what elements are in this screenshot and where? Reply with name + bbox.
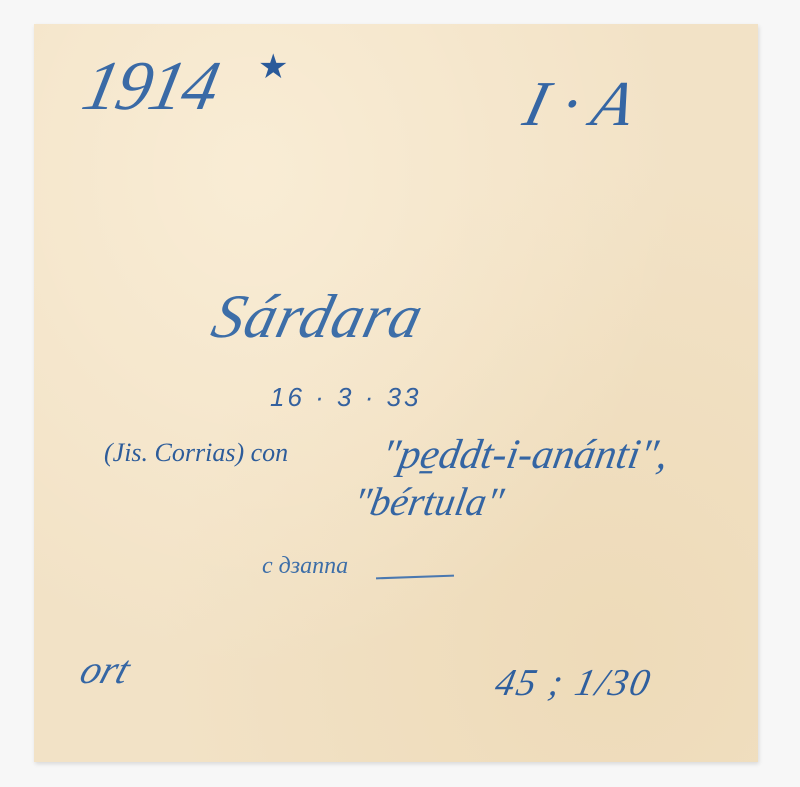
date-label: 16 · 3 · 33 <box>270 384 422 410</box>
section-code: I · A <box>518 72 641 136</box>
term-secondary: "bértula" <box>350 482 506 522</box>
informant-note: (Jis. Corrias) con <box>104 440 288 466</box>
cyrillic-note: с дзаппа <box>262 554 348 578</box>
term-primary: "pe̱ddt-i-anánti", <box>378 434 671 476</box>
reference-number: 45 ; 1/30 <box>492 664 655 702</box>
initials-signature: ort <box>76 650 136 690</box>
year-label: 1914 <box>77 52 224 122</box>
place-name: Sárdara <box>206 286 429 348</box>
archive-card: 1914 ★ I · A Sárdara 16 · 3 · 33 (Jis. C… <box>34 24 758 762</box>
underline-stroke <box>376 575 454 580</box>
star-icon: ★ <box>258 50 288 84</box>
